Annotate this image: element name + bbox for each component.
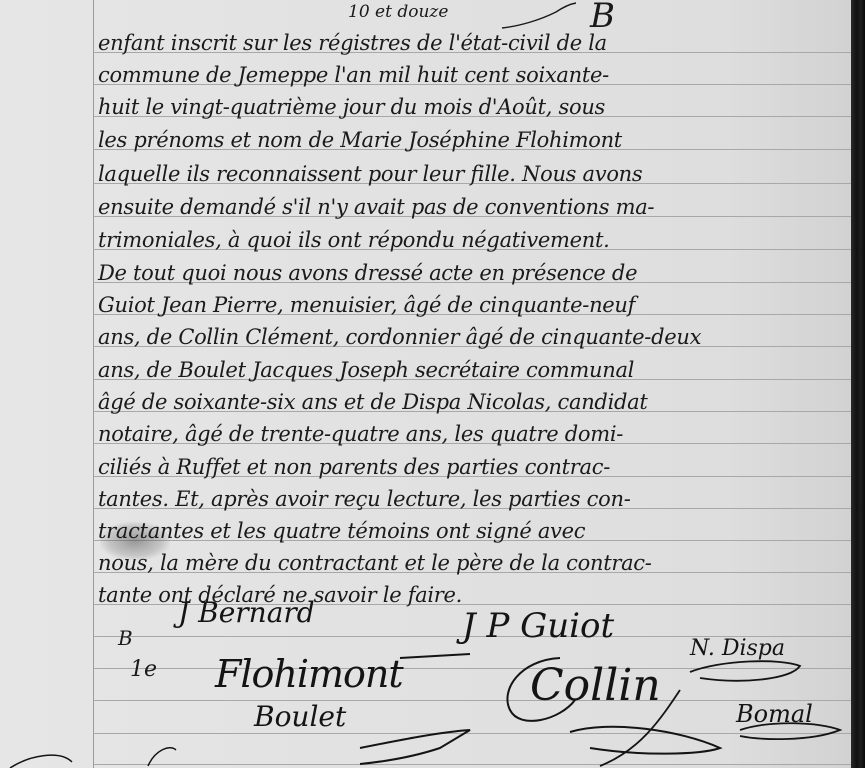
page-binding-edge bbox=[851, 0, 865, 768]
text-line: ans, de Collin Clément, cordonnier âgé d… bbox=[98, 324, 850, 350]
text-line: commune de Jemeppe l'an mil huit cent so… bbox=[98, 62, 850, 88]
text-line: tantes. Et, après avoir reçu lecture, le… bbox=[98, 486, 850, 512]
text-line: laquelle ils reconnaissent pour leur fil… bbox=[98, 161, 850, 187]
text-line: ans, de Boulet Jacques Joseph secrétaire… bbox=[98, 357, 850, 383]
text-line: De tout quoi nous avons dressé acte en p… bbox=[98, 260, 850, 286]
text-line: Guiot Jean Pierre, menuisier, âgé de cin… bbox=[98, 292, 850, 318]
text-line: ciliés à Ruffet et non parents des parti… bbox=[98, 454, 850, 480]
header-annotation: 10 et douze bbox=[348, 2, 448, 22]
text-line: âgé de soixante-six ans et de Dispa Nico… bbox=[98, 389, 850, 415]
signature-flourishes bbox=[0, 580, 851, 768]
text-line: tractantes et les quatre témoins ont sig… bbox=[98, 518, 850, 544]
text-line: enfant inscrit sur les régistres de l'ét… bbox=[98, 30, 850, 56]
text-line: trimoniales, à quoi ils ont répondu néga… bbox=[98, 227, 850, 253]
text-line: notaire, âgé de trente-quatre ans, les q… bbox=[98, 421, 850, 447]
text-line: huit le vingt-quatrième jour du mois d'A… bbox=[98, 94, 850, 120]
text-line: les prénoms et nom de Marie Joséphine Fl… bbox=[98, 127, 850, 153]
text-line: nous, la mère du contractant et le père … bbox=[98, 550, 850, 576]
text-line: ensuite demandé s'il n'y avait pas de co… bbox=[98, 194, 850, 220]
register-page: 10 et douze B enfant inscrit sur les rég… bbox=[0, 0, 851, 768]
header-flourish bbox=[500, 2, 580, 32]
